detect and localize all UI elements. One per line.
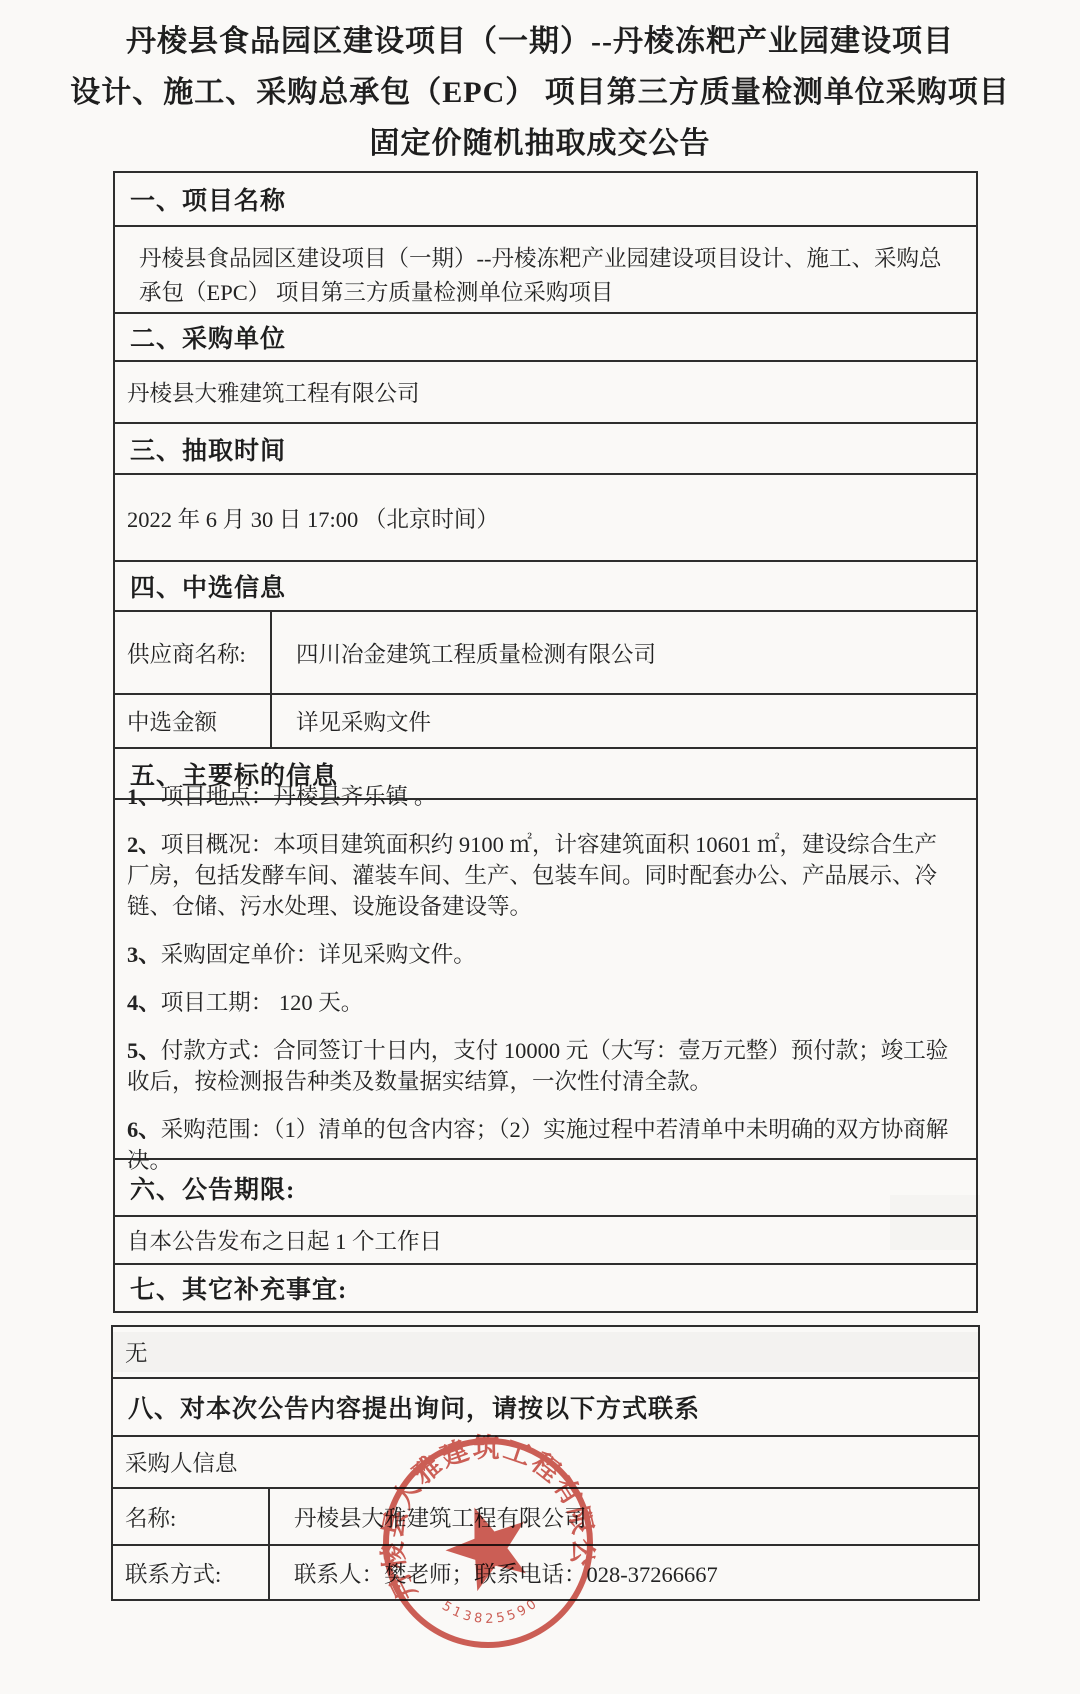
purchaser-name-text: 丹棱县大雅建筑工程有限公司 — [115, 360, 976, 422]
section-1-content-row: 丹棱县食品园区建设项目（一期）--丹棱冻粑产业园建设项目设计、施工、采购总承包（… — [115, 225, 976, 312]
section-7-header: 七、其它补充事宜: — [115, 1263, 976, 1311]
title-line-3: 固定价随机抽取成交公告 — [0, 118, 1080, 169]
item-payment: 5、付款方式：合同签订十日内，支付 10000 元（大写：壹万元整）预付款；竣工… — [127, 1035, 954, 1097]
item-number: 4、 — [127, 990, 161, 1015]
section-1-header: 一、项目名称 — [115, 173, 976, 225]
announcement-table: 一、项目名称 丹棱县食品园区建设项目（一期）--丹棱冻粑产业园建设项目设计、施工… — [113, 171, 978, 1313]
contact-name-label: 名称: — [113, 1489, 270, 1544]
award-amount-value: 详见采购文件 — [272, 695, 976, 747]
contact-name-value: 丹棱县大雅建筑工程有限公司 — [270, 1489, 978, 1544]
item-duration: 4、项目工期： 120 天。 — [127, 987, 954, 1018]
section-8-header: 八、对本次公告内容提出询问，请按以下方式联系 — [113, 1377, 978, 1435]
supplier-value: 四川冶金建筑工程质量检测有限公司 — [272, 612, 976, 693]
award-amount-label: 中选金额 — [115, 695, 272, 747]
supplier-row: 供应商名称: 四川冶金建筑工程质量检测有限公司 — [115, 610, 976, 693]
item-text: 项目工期： 120 天。 — [161, 990, 364, 1015]
section-3-header: 三、抽取时间 — [115, 422, 976, 473]
supplier-label: 供应商名称: — [115, 612, 272, 693]
item-number: 3、 — [127, 942, 161, 967]
section-2-header: 二、采购单位 — [115, 312, 976, 360]
scanned-announcement-page: { "title": { "line1": "丹棱县食品园区建设项目（一期）--… — [0, 0, 1080, 1694]
section-5-content-row: 1、项目地点：丹棱县齐乐镇 。 2、项目概况：本项目建筑面积约 9100 ㎡，计… — [115, 798, 976, 1158]
item-text: 付款方式：合同签订十日内，支付 10000 元（大写：壹万元整）预付款；竣工验收… — [127, 1038, 948, 1094]
item-number: 6、 — [127, 1117, 161, 1142]
supplement-none-text: 无 — [113, 1327, 978, 1377]
item-number: 5、 — [127, 1038, 161, 1063]
draw-time-text: 2022 年 6 月 30 日 17:00 （北京时间） — [115, 473, 976, 560]
section-4-header: 四、中选信息 — [115, 560, 976, 610]
item-text: 项目地点：丹棱县齐乐镇 。 — [161, 784, 437, 809]
item-overview: 2、项目概况：本项目建筑面积约 9100 ㎡，计容建筑面积 10601 ㎡，建设… — [127, 829, 954, 922]
contact-name-row: 名称: 丹棱县大雅建筑工程有限公司 — [113, 1487, 978, 1544]
item-text: 采购固定单价：详见采购文件。 — [161, 942, 476, 967]
item-text: 采购范围：（1）清单的包含内容；（2）实施过程中若清单中未明确的双方协商解决。 — [127, 1117, 948, 1173]
item-scope: 6、采购范围：（1）清单的包含内容；（2）实施过程中若清单中未明确的双方协商解决… — [127, 1114, 954, 1176]
contact-method-label: 联系方式: — [113, 1546, 270, 1599]
announcement-period-text: 自本公告发布之日起 1 个工作日 — [115, 1215, 976, 1263]
project-name-text: 丹棱县食品园区建设项目（一期）--丹棱冻粑产业园建设项目设计、施工、采购总承包（… — [115, 230, 976, 310]
document-title: 丹棱县食品园区建设项目（一期）--丹棱冻粑产业园建设项目 设计、施工、采购总承包… — [0, 0, 1080, 169]
contact-table: 无 八、对本次公告内容提出询问，请按以下方式联系 采购人信息 名称: 丹棱县大雅… — [111, 1325, 980, 1601]
item-fixed-price: 3、采购固定单价：详见采购文件。 — [127, 939, 954, 970]
subject-info-block: 1、项目地点：丹棱县齐乐镇 。 2、项目概况：本项目建筑面积约 9100 ㎡，计… — [115, 765, 976, 1193]
item-number: 2、 — [127, 832, 161, 857]
contact-method-row: 联系方式: 联系人：樊老师；联系电话：028-37266667 — [113, 1544, 978, 1599]
purchaser-info-label: 采购人信息 — [113, 1435, 978, 1487]
item-location: 1、项目地点：丹棱县齐乐镇 。 — [127, 781, 954, 812]
item-number: 1、 — [127, 784, 161, 809]
item-text: 项目概况：本项目建筑面积约 9100 ㎡，计容建筑面积 10601 ㎡，建设综合… — [127, 832, 937, 919]
title-line-2: 设计、施工、采购总承包（EPC） 项目第三方质量检测单位采购项目 — [0, 67, 1080, 118]
contact-method-value: 联系人：樊老师；联系电话：028-37266667 — [270, 1546, 978, 1599]
award-amount-row: 中选金额 详见采购文件 — [115, 693, 976, 747]
title-line-1: 丹棱县食品园区建设项目（一期）--丹棱冻粑产业园建设项目 — [0, 16, 1080, 67]
